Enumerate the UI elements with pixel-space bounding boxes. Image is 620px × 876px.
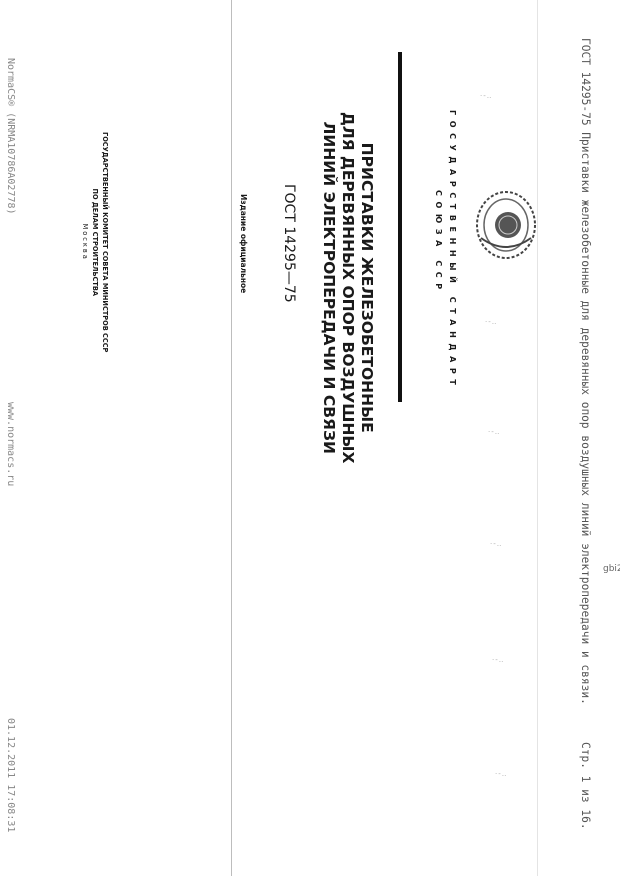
watermark: gbi22.ru [603,564,620,574]
timestamp: 01.12.2011 17:08:31 [5,718,16,832]
website-url: www.normacs.ru [5,402,16,486]
publisher-line-2: ПО ДЕЛАМ СТРОИТЕЛЬСТВА [90,132,100,352]
document-title: ПРИСТАВКИ ЖЕЛЕЗОБЕТОННЫЕ ДЛЯ ДЕРЕВЯННЫХ … [319,112,376,463]
scan-artifact: ·-‥ [488,428,500,436]
standard-label-2: СОЮЗА ССР [434,190,443,295]
scan-artifact: ·-‥ [495,770,507,778]
standard-label: ГОСУДАРСТВЕННЫЙ СТАНДАРТ [448,110,457,390]
scan-artifact: ·-‥ [480,92,492,100]
edition-label: Издание официальное [239,194,248,293]
source-label: NormaCS® (NRMA10786A02778) [5,58,16,215]
scan-artifact: ·-‥ [490,540,502,548]
standard-label-line1: ГОСУДАРСТВЕННЫЙ СТАНДАРТ [448,110,457,390]
publisher: ГОСУДАРСТВЕННЫЙ КОМИТЕТ СОВЕТА МИНИСТРОВ… [80,132,110,352]
left-divider-line [231,0,232,876]
page-indicator: Стр. 1 из 16. [579,742,592,830]
ussr-coat-of-arms-icon [475,190,537,260]
scan-artifact: ·-‥ [485,318,497,326]
publisher-line-3: Москва [80,132,90,352]
standard-label-line2: СОЮЗА ССР [434,190,443,295]
publisher-line-1: ГОСУДАРСТВЕННЫЙ КОМИТЕТ СОВЕТА МИНИСТРОВ… [100,132,110,352]
scan-artifact: ·-‥ [492,656,504,664]
standard-code: ГОСТ 14295—75 [281,184,297,303]
right-divider-line [537,0,538,876]
document-header-title: ГОСТ 14295-75 Приставки железобетонные д… [579,38,592,705]
title-rule [398,52,402,402]
title-line-3: ЛИНИЙ ЭЛЕКТРОПЕРЕДАЧИ И СВЯЗИ [319,112,338,463]
title-line-1: ПРИСТАВКИ ЖЕЛЕЗОБЕТОННЫЕ [357,112,376,463]
title-line-2: ДЛЯ ДЕРЕВЯННЫХ ОПОР ВОЗДУШНЫХ [338,112,357,463]
